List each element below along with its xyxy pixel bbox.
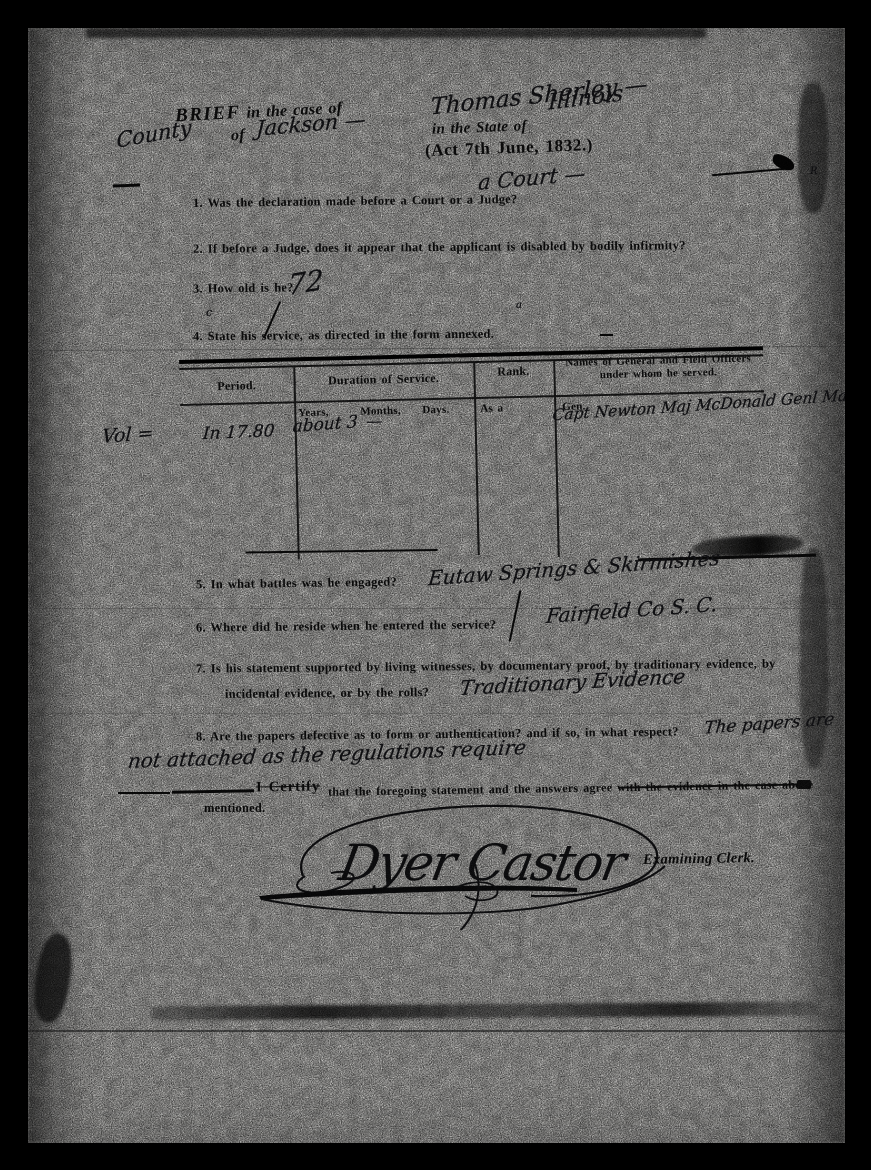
row-months-handwritten: — <box>366 411 382 430</box>
fold-line-3 <box>28 713 845 714</box>
answer-1-handwritten: a Court — <box>477 161 586 195</box>
col-header-officers-line2: under whom he served. <box>600 366 717 381</box>
col-header-rank: Rank. <box>473 363 553 380</box>
table-vline-2 <box>473 363 479 555</box>
certify-dash-left <box>118 792 170 794</box>
margin-dash-left <box>113 184 140 187</box>
service-table: Period. Duration of Service. Rank. Names… <box>179 344 768 566</box>
left-edge-blob <box>30 931 76 1025</box>
table-bottom-hand-line <box>246 549 438 554</box>
signature-underline-thick <box>259 886 577 900</box>
answer-3-handwritten: 72 <box>288 263 324 302</box>
fold-line-4 <box>28 1030 845 1032</box>
question-6: 6. Where did he reside when he entered t… <box>196 617 496 635</box>
question-3: 3. How old is he? <box>193 280 294 296</box>
table-vline-1 <box>293 367 299 559</box>
scanned-document-frame: BRIEF in the case of Thomas Sherley — Co… <box>0 0 871 1170</box>
subheader-days: Days. <box>422 404 450 417</box>
col-header-duration: Duration of Service. <box>293 370 473 389</box>
bottom-smudge-band <box>150 1002 815 1021</box>
county-handwritten: County <box>117 115 192 153</box>
document-page: BRIEF in the case of Thomas Sherley — Co… <box>28 28 845 1143</box>
top-edge-shadow <box>86 28 706 38</box>
stray-mark-a: a <box>516 300 522 311</box>
act-label: (Act 7th June, 1832.) <box>425 135 594 161</box>
dash-after-q4 <box>600 334 613 336</box>
left-edge-shadow <box>28 28 86 1143</box>
question-5: 5. In what battles was he engaged? <box>196 575 397 593</box>
stray-mark-c: c <box>206 306 212 319</box>
certify-end-mark <box>797 780 811 789</box>
col-header-officers: Names of General and Field Officers unde… <box>553 352 764 382</box>
margin-mark-top-right: R <box>810 166 818 177</box>
of-label: of <box>231 127 246 146</box>
question-7-line2: incidental evidence, or by the rolls? <box>225 685 429 702</box>
state-label: in the State of <box>432 118 527 138</box>
right-edge-blob-2 <box>800 548 828 768</box>
question-1: 1. Was the declaration made before a Cou… <box>193 192 518 211</box>
row-officers-handwritten: Capt Newton Maj McDonald Genl Marion <box>552 384 845 424</box>
pen-stroke-top-right <box>712 168 786 176</box>
answer-5-descender <box>509 590 521 641</box>
fold-line-2 <box>28 608 845 609</box>
row-period-handwritten: In 17.80 <box>202 421 275 444</box>
right-edge-blob-1 <box>798 83 828 213</box>
examining-clerk-label: Examining Clerk. <box>643 850 755 869</box>
question-2: 2. If before a Judge, does it appear tha… <box>193 238 686 256</box>
col-header-period: Period. <box>180 377 294 395</box>
right-edge-shadow <box>790 28 845 1143</box>
question-4: 4. State his service, as directed in the… <box>193 327 494 345</box>
margin-note-vol: Vol = <box>101 422 154 448</box>
subheader-as-a: As a <box>480 402 503 415</box>
answer-6-handwritten: Fairfield Co S. C. <box>545 592 718 628</box>
row-years-handwritten: about 3 <box>292 412 358 437</box>
table-vline-3 <box>553 361 559 557</box>
